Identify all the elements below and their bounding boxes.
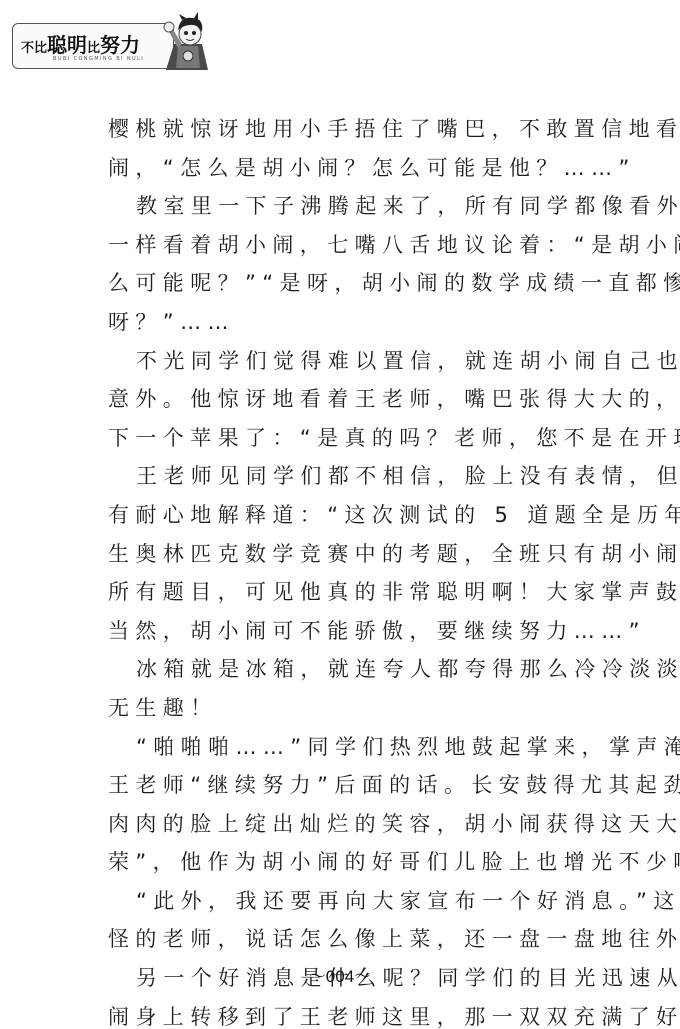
text-line: 肉肉的脸上绽出灿烂的笑容，胡小闹获得这天大的“殊 <box>108 805 648 844</box>
text-line: 当然，胡小闹可不能骄傲，要继续努力……” <box>108 612 648 651</box>
text-line: 无生趣！ <box>108 689 648 728</box>
book-series-title: 不比聪明比努力 <box>21 29 140 58</box>
text-line: 下一个苹果了：“是真的吗？老师，您不是在开玩笑吧？” <box>108 419 648 458</box>
text-line: 樱桃就惊讶地用小手捂住了嘴巴，不敢置信地看着胡小 <box>108 110 648 149</box>
page-text-body: 樱桃就惊讶地用小手捂住了嘴巴，不敢置信地看着胡小 闹，“怎么是胡小闹？怎么可能是… <box>108 110 648 1029</box>
title-part-3: 比 <box>87 41 100 56</box>
text-line: 呀？”…… <box>108 303 648 342</box>
text-line: 不光同学们觉得难以置信，就连胡小闹自己也非常 <box>108 342 648 381</box>
text-line: 王老师“继续努力”后面的话。长安鼓得尤其起劲儿， <box>108 766 648 805</box>
text-line: 有耐心地解释道：“这次测试的 5 道题全是历年全国小学 <box>108 496 648 535</box>
text-line: 荣”，他作为胡小闹的好哥们儿脸上也增光不少啊！ <box>108 843 648 882</box>
title-part-2: 聪明 <box>47 33 87 57</box>
text-line: 冰箱就是冰箱，就连夸人都夸得那么冷冷淡淡，毫 <box>108 650 648 689</box>
text-line: “此外，我还要再向大家宣布一个好消息。”这个奇 <box>108 882 648 921</box>
text-line: 闹身上转移到了王老师这里，那一双双充满了好奇的眼 <box>108 998 648 1029</box>
text-line: 所有题目，可见他真的非常聪明啊！大家掌声鼓励一下！ <box>108 573 648 612</box>
text-line: 意外。他惊讶地看着王老师，嘴巴张得大大的，足以装 <box>108 380 648 419</box>
text-line: 么可能呢？”“是呀，胡小闹的数学成绩一直都惨不忍睹 <box>108 264 648 303</box>
cartoon-boy-caped-mascot-icon <box>160 10 218 72</box>
book-header-banner: 不比聪明比努力 BUBI CONGMING BI NULI <box>12 23 174 69</box>
text-line: 王老师见同学们都不相信，脸上没有表情，但却很 <box>108 457 648 496</box>
book-series-pinyin: BUBI CONGMING BI NULI <box>53 56 144 62</box>
title-part-1: 不比 <box>21 41 47 56</box>
text-line: 教室里一下子沸腾起来了，所有同学都像看外星人 <box>108 187 648 226</box>
title-part-4: 努力 <box>100 33 140 57</box>
text-line: 怪的老师，说话怎么像上菜，还一盘一盘地往外端呢？ <box>108 920 648 959</box>
text-line: 生奥林匹克数学竞赛中的考题，全班只有胡小闹做对了 <box>108 535 648 574</box>
page-number: ～004～ <box>0 962 680 987</box>
text-line: “啪啪啪……”同学们热烈地鼓起掌来，掌声淹没了 <box>108 728 648 767</box>
text-line: 闹，“怎么是胡小闹？怎么可能是他？……” <box>108 149 648 188</box>
text-line: 一样看着胡小闹，七嘴八舌地议论着：“是胡小闹？这怎 <box>108 226 648 265</box>
